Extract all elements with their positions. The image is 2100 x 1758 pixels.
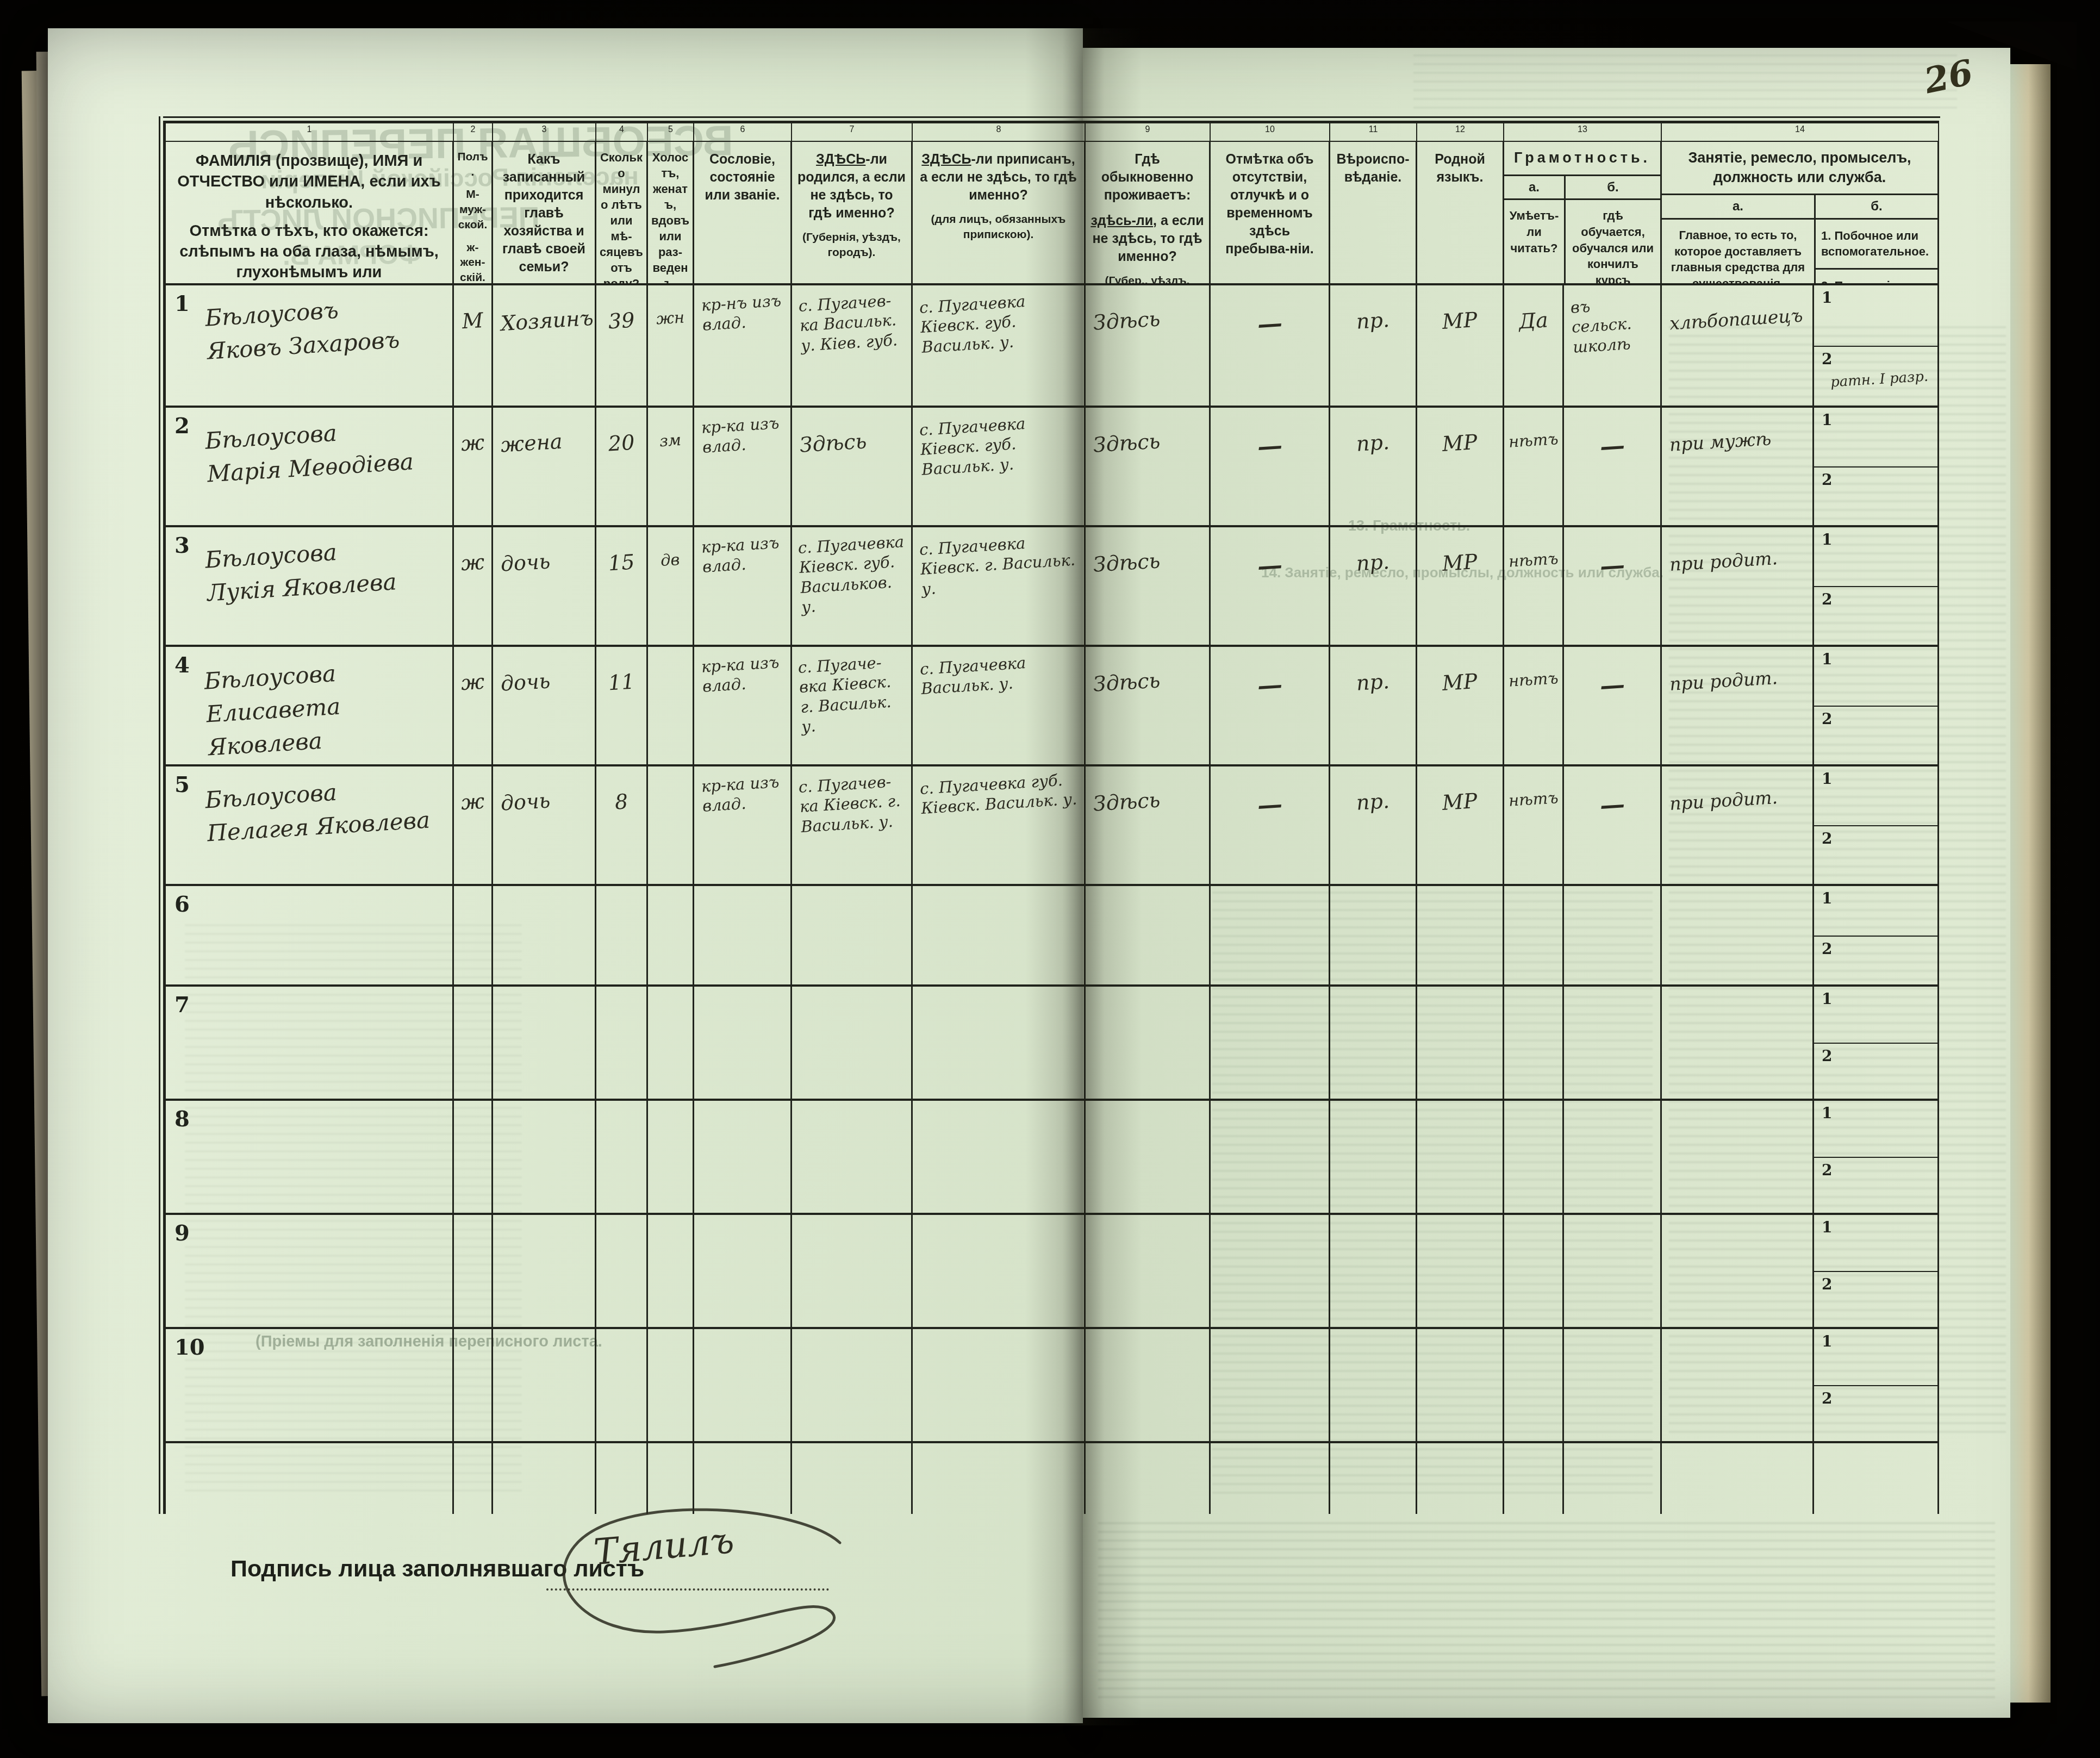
marital-cell <box>648 1329 694 1443</box>
occupation-cell: при родит. <box>1662 766 1814 886</box>
age-cell <box>596 987 648 1101</box>
birthplace-cell <box>792 1215 913 1329</box>
column-rule <box>1417 1443 1504 1514</box>
age-cell: 8 <box>596 766 648 886</box>
side-occupation: 1 <box>1814 1329 1937 1385</box>
military-status: 2 <box>1814 586 1937 645</box>
residence-cell: Здѣсь <box>1086 285 1211 408</box>
estate-cell <box>694 886 792 987</box>
header-marital: Холостъ, женатъ, вдовъ или раз-веденъ. <box>648 142 694 285</box>
column-rule <box>454 1443 493 1514</box>
col-number-6: 6 <box>694 123 792 142</box>
language-cell: МР <box>1417 527 1504 647</box>
language-cell <box>1417 1215 1504 1329</box>
col-number-7: 7 <box>792 123 913 142</box>
occupation-cell <box>1662 1215 1814 1329</box>
language-cell <box>1417 987 1504 1101</box>
estate-cell <box>694 987 792 1101</box>
residence-cell <box>1086 1329 1211 1443</box>
birthplace-cell <box>792 1101 913 1215</box>
occupation-cell: при родит. <box>1662 527 1814 647</box>
registration-cell <box>913 1329 1086 1443</box>
residence-cell: Здѣсь <box>1086 766 1211 886</box>
religion-cell <box>1330 1215 1417 1329</box>
occupation-side-cell: 1 2 <box>1814 527 1939 647</box>
col-number-12: 12 <box>1417 123 1504 142</box>
religion-cell <box>1330 987 1417 1101</box>
occupation-cell <box>1662 886 1814 987</box>
occupation-side-cell: 1 2 <box>1814 647 1939 766</box>
side-occupation: 1 <box>1814 1215 1937 1271</box>
occupation-side-cell: 1 2 <box>1814 766 1939 886</box>
header-literacy-group: Грамотность. а.Умѣетъ-ли читать? б.гдѣ о… <box>1504 142 1662 285</box>
religion-cell <box>1330 1101 1417 1215</box>
literacy-cell <box>1504 1329 1564 1443</box>
residence-cell: Здѣсь <box>1086 408 1211 527</box>
birthplace-cell: с. Пугачев-ка Васильк. у. Кіев. губ. <box>792 285 913 408</box>
sex-cell: ж <box>454 408 493 527</box>
row-number: 3 <box>175 533 190 558</box>
age-cell <box>596 886 648 987</box>
sex-cell <box>454 1329 493 1443</box>
sex-cell <box>454 987 493 1101</box>
education-cell: — <box>1564 766 1662 886</box>
occupation-cell: при мужѣ <box>1662 408 1814 527</box>
sex-cell: ж <box>454 527 493 647</box>
occupation-cell <box>1662 987 1814 1101</box>
military-status: 2 <box>1814 1385 1937 1441</box>
name-handwriting: БѣлоусоваЕлисавета Яковлева <box>203 651 452 765</box>
registration-cell: с. Пугачевка Васильк. у. <box>913 647 1086 766</box>
column-rule <box>913 1443 1086 1514</box>
absence-cell <box>1211 1215 1330 1329</box>
name-cell: 10 <box>166 1329 454 1443</box>
language-cell: МР <box>1417 647 1504 766</box>
row-number: 2 <box>175 413 190 439</box>
education-cell <box>1564 1215 1662 1329</box>
registration-cell <box>913 886 1086 987</box>
right-page-edges <box>2010 64 2051 1703</box>
age-cell: 15 <box>596 527 648 647</box>
registration-cell: с. Пугачевка Кіевск. губ. Васильк. у. <box>913 408 1086 527</box>
marital-cell: дв <box>648 527 694 647</box>
marital-cell: зм <box>648 408 694 527</box>
header-age: Сколько минуло лѣтъ или мѣ-сяцевъ отъ ро… <box>596 142 648 285</box>
birthplace-cell <box>792 987 913 1101</box>
occupation-side-cell: 1 2 <box>1814 408 1939 527</box>
registration-cell <box>913 987 1086 1101</box>
military-status: 2 <box>1814 1043 1937 1099</box>
occupation-side-cell: 1 2 <box>1814 1215 1939 1329</box>
religion-cell <box>1330 1329 1417 1443</box>
col-number-9: 9 <box>1086 123 1211 142</box>
header-estate: Сословіе, состояніе или званіе. <box>694 142 792 285</box>
relation-cell <box>493 1101 596 1215</box>
birthplace-cell: Здѣсь <box>792 408 913 527</box>
col-number-8: 8 <box>913 123 1086 142</box>
literacy-cell: нѣтъ <box>1504 647 1564 766</box>
side-occupation: 1 <box>1814 285 1937 346</box>
col-number-10: 10 <box>1211 123 1330 142</box>
column-rule <box>1564 1443 1662 1514</box>
military-status: 2 <box>1814 706 1937 764</box>
literacy-cell: нѣтъ <box>1504 408 1564 527</box>
religion-cell: пр. <box>1330 408 1417 527</box>
religion-cell: пр. <box>1330 647 1417 766</box>
name-cell: 8 <box>166 1101 454 1215</box>
residence-cell <box>1086 987 1211 1101</box>
sex-cell: ж <box>454 647 493 766</box>
absence-cell <box>1211 886 1330 987</box>
absence-cell <box>1211 987 1330 1101</box>
language-cell: МР <box>1417 408 1504 527</box>
col-number-4: 4 <box>596 123 648 142</box>
language-cell <box>1417 886 1504 987</box>
name-cell: 2БѣлоусоваМарія Меѳодіева <box>166 408 454 527</box>
registration-cell <box>913 1215 1086 1329</box>
absence-cell <box>1211 1329 1330 1443</box>
literacy-cell <box>1504 1101 1564 1215</box>
col-number-11: 11 <box>1330 123 1417 142</box>
religion-cell: пр. <box>1330 766 1417 886</box>
estate-cell: кр-ка изъ влад. <box>694 766 792 886</box>
age-cell: 39 <box>596 285 648 408</box>
occupation-cell: при родит. <box>1662 647 1814 766</box>
education-cell: въ сельск. школѣ <box>1564 285 1662 408</box>
name-handwriting: БѣлоусовъЯковъ Захаровъ <box>204 290 401 368</box>
row-number: 4 <box>175 652 190 678</box>
marital-cell: жн <box>648 285 694 408</box>
row-number: 5 <box>175 772 190 797</box>
language-cell: МР <box>1417 285 1504 408</box>
residence-cell: Здѣсь <box>1086 647 1211 766</box>
marital-cell <box>648 1215 694 1329</box>
relation-cell <box>493 886 596 987</box>
header-religion: Вѣроиспо-вѣданіе. <box>1330 142 1417 285</box>
row-number: 6 <box>175 892 190 917</box>
header-registration: ЗДѢСЬ-ли приписанъ, а если не здѣсь, то … <box>913 142 1086 285</box>
age-cell <box>596 1101 648 1215</box>
military-status: 2 <box>1814 1157 1937 1213</box>
census-sheet-scan: ВСЕОБЩАЯ ПЕРЕПИСЬ населенія Россійской И… <box>0 0 2100 1758</box>
name-cell: 5БѣлоусоваПелагея Яковлева <box>166 766 454 886</box>
name-cell: 3БѣлоусоваЛукія Яковлева <box>166 527 454 647</box>
age-cell <box>596 1215 648 1329</box>
absence-cell: — <box>1211 285 1330 408</box>
absence-cell: — <box>1211 408 1330 527</box>
row-number: 1 <box>175 291 190 316</box>
education-cell <box>1564 1101 1662 1215</box>
sex-cell: М <box>454 285 493 408</box>
language-cell: МР <box>1417 766 1504 886</box>
side-occupation: 1 <box>1814 766 1937 825</box>
estate-cell <box>694 1215 792 1329</box>
header-language: Родной языкъ. <box>1417 142 1504 285</box>
relation-cell: дочь <box>493 766 596 886</box>
education-cell <box>1564 1329 1662 1443</box>
header-sex: Полъ.М-муж-ской.ж-жен-скій. <box>454 142 493 285</box>
col-number-2: 2 <box>454 123 493 142</box>
side-occupation: 1 <box>1814 527 1937 586</box>
education-cell: — <box>1564 408 1662 527</box>
census-table: 1 2 3 4 5 6 7 8 9 10 11 12 13 14 ФАМИЛІЯ… <box>163 121 1939 1514</box>
residence-cell <box>1086 1215 1211 1329</box>
marital-cell <box>648 647 694 766</box>
marital-cell <box>648 987 694 1101</box>
estate-cell: кр-ка изъ влад. <box>694 408 792 527</box>
sex-cell <box>454 1101 493 1215</box>
age-cell <box>596 1329 648 1443</box>
marital-cell <box>648 766 694 886</box>
absence-cell: — <box>1211 527 1330 647</box>
military-status: 2 <box>1814 936 1937 985</box>
absence-cell: — <box>1211 647 1330 766</box>
birthplace-cell <box>792 886 913 987</box>
education-cell <box>1564 886 1662 987</box>
language-cell <box>1417 1101 1504 1215</box>
birthplace-cell: с. Пугачев-ка Кіевск. г. Васильк. у. <box>792 766 913 886</box>
occupation-cell <box>1662 1101 1814 1215</box>
header-birthplace: ЗДѢСЬ-ли родился, а если не здѣсь, то гд… <box>792 142 913 285</box>
relation-cell: дочь <box>493 647 596 766</box>
column-rule <box>1504 1443 1564 1514</box>
literacy-cell <box>1504 987 1564 1101</box>
side-occupation: 1 <box>1814 647 1937 706</box>
header-occupation-group: Занятіе, ремесло, промыселъ, должность и… <box>1662 142 1939 285</box>
military-status: 2ратн. I разр. <box>1814 346 1937 406</box>
estate-cell: кр-ка изъ влад. <box>694 647 792 766</box>
sex-cell <box>454 1215 493 1329</box>
col-number-3: 3 <box>493 123 596 142</box>
literacy-cell <box>1504 886 1564 987</box>
row-number: 8 <box>175 1106 190 1132</box>
relation-cell <box>493 1215 596 1329</box>
birthplace-cell: с. Пугачевка Кіевск. губ. Васильков. у. <box>792 527 913 647</box>
name-handwriting: БѣлоусоваПелагея Яковлева <box>204 771 431 851</box>
side-occupation: 1 <box>1814 408 1937 466</box>
occupation-cell: хлѣбопашецъ <box>1662 285 1814 408</box>
occupation-side-cell: 1 2 <box>1814 987 1939 1101</box>
name-cell: 4БѣлоусоваЕлисавета Яковлева <box>166 647 454 766</box>
column-rule <box>1211 1443 1330 1514</box>
column-rule <box>1814 1443 1939 1514</box>
birthplace-cell <box>792 1329 913 1443</box>
column-rule <box>1086 1443 1211 1514</box>
column-rule <box>1330 1443 1417 1514</box>
religion-cell: пр. <box>1330 527 1417 647</box>
absence-cell: — <box>1211 766 1330 886</box>
language-cell <box>1417 1329 1504 1443</box>
relation-cell <box>493 1329 596 1443</box>
column-rule <box>166 1443 454 1514</box>
literacy-cell <box>1504 1215 1564 1329</box>
name-handwriting: БѣлоусоваЛукія Яковлева <box>204 532 398 610</box>
name-cell: 1БѣлоусовъЯковъ Захаровъ <box>166 285 454 408</box>
sex-cell: ж <box>454 766 493 886</box>
residence-cell <box>1086 1101 1211 1215</box>
registration-cell: с. Пугачевка губ. Кіевск. Васильк. у. <box>913 766 1086 886</box>
military-status: 2 <box>1814 825 1937 884</box>
row-number: 7 <box>175 992 190 1018</box>
education-cell: — <box>1564 647 1662 766</box>
header-absence: Отмѣтка объ отсутствіи, отлучкѣ и о врем… <box>1211 142 1330 285</box>
religion-cell <box>1330 886 1417 987</box>
marital-cell <box>648 1101 694 1215</box>
header-name: ФАМИЛІЯ (прозвище), ИМЯ и ОТЧЕСТВО или И… <box>166 142 454 285</box>
registration-cell <box>913 1101 1086 1215</box>
relation-cell: дочь <box>493 527 596 647</box>
residence-cell <box>1086 886 1211 987</box>
side-occupation: 1 <box>1814 1101 1937 1157</box>
name-cell: 7 <box>166 987 454 1101</box>
row-number: 9 <box>175 1220 190 1246</box>
estate-cell <box>694 1101 792 1215</box>
col-number-5: 5 <box>648 123 694 142</box>
occupation-side-cell: 1 2ратн. I разр. <box>1814 285 1939 408</box>
literacy-cell: нѣтъ <box>1504 766 1564 886</box>
occupation-cell <box>1662 1329 1814 1443</box>
occupation-side-cell: 1 2 <box>1814 1101 1939 1215</box>
relation-cell <box>493 987 596 1101</box>
row-number: 10 <box>175 1335 205 1360</box>
sex-cell <box>454 886 493 987</box>
residence-cell: Здѣсь <box>1086 527 1211 647</box>
relation-cell: Хозяинъ <box>493 285 596 408</box>
estate-cell <box>694 1329 792 1443</box>
age-cell: 11 <box>596 647 648 766</box>
education-cell: — <box>1564 527 1662 647</box>
literacy-cell: нѣтъ <box>1504 527 1564 647</box>
name-cell: 6 <box>166 886 454 987</box>
literacy-cell: Да <box>1504 285 1564 408</box>
relation-cell: жена <box>493 408 596 527</box>
side-occupation: 1 <box>1814 886 1937 936</box>
education-cell <box>1564 987 1662 1101</box>
col-number-14: 14 <box>1662 123 1939 142</box>
name-handwriting: БѣлоусоваМарія Меѳодіева <box>204 413 415 491</box>
header-relation: Какъ записанный приходится главѣ хозяйст… <box>493 142 596 285</box>
birthplace-cell: с. Пугаче-вка Кіевск. г. Васильк. у. <box>792 647 913 766</box>
occupation-side-cell: 1 2 <box>1814 1329 1939 1443</box>
absence-cell <box>1211 1101 1330 1215</box>
header-residence: Гдѣ обыкновенно проживаетъ: здѣсь-ли, а … <box>1086 142 1211 285</box>
religion-cell: пр. <box>1330 285 1417 408</box>
marital-cell <box>648 886 694 987</box>
military-status: 2 <box>1814 1271 1937 1327</box>
col-number-13: 13 <box>1504 123 1662 142</box>
occupation-side-cell: 1 2 <box>1814 886 1939 987</box>
registration-cell: с. Пугачевка Кіевск. г. Васильк. у. <box>913 527 1086 647</box>
estate-cell: кр-нъ изъ влад. <box>694 285 792 408</box>
column-rule <box>1662 1443 1814 1514</box>
estate-cell: кр-ка изъ влад. <box>694 527 792 647</box>
name-cell: 9 <box>166 1215 454 1329</box>
side-occupation: 1 <box>1814 987 1937 1043</box>
registration-cell: с. Пугачевка Кіевск. губ. Васильк. у. <box>913 285 1086 408</box>
military-status: 2 <box>1814 466 1937 525</box>
age-cell: 20 <box>596 408 648 527</box>
col-number-1: 1 <box>166 123 454 142</box>
